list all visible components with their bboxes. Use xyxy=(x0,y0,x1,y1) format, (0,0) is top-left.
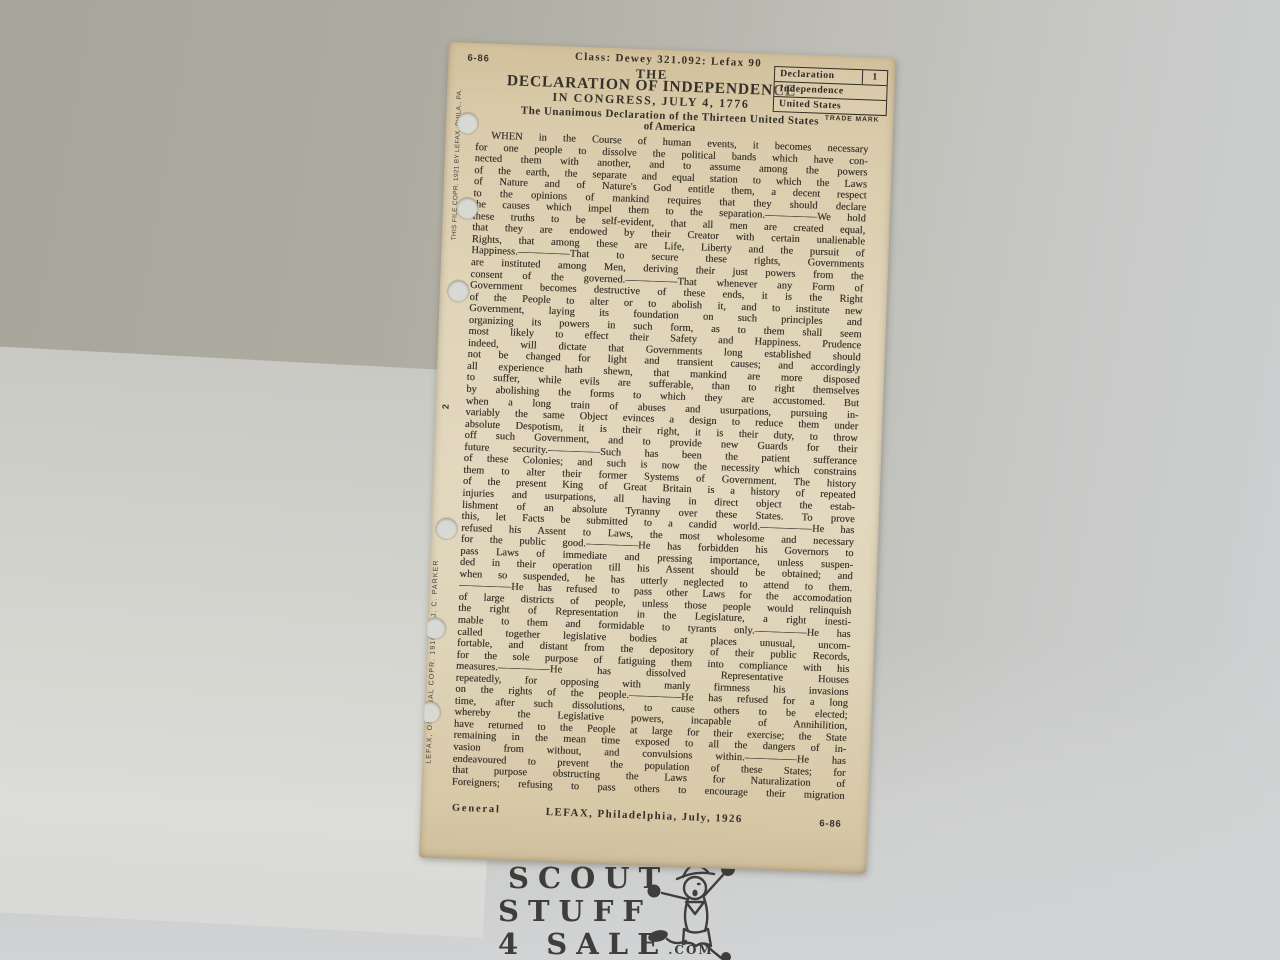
punch-hole xyxy=(436,518,458,540)
lefax-page: 6-86 Class: Dewey 321.092: Lefax 90 THE … xyxy=(419,42,896,874)
index-number: 1 xyxy=(863,70,887,85)
photo-background: SCOUT STUFF 4 SALE.COM 6-86 Cla xyxy=(0,0,1280,960)
margin-page-number: 2 xyxy=(441,404,451,409)
declaration-body-text: WHEN in the Course of human events, it b… xyxy=(452,130,869,802)
punch-hole xyxy=(424,618,446,640)
footer-form-number: 6-86 xyxy=(819,818,842,830)
footer-publisher: LEFAX, Philadelphia, July, 1926 xyxy=(421,801,868,829)
index-label-united-states: United States xyxy=(774,97,886,115)
index-row-united-states: United States xyxy=(774,97,886,115)
punch-hole xyxy=(448,280,470,302)
index-tab-box: Declaration 1 Independence United States xyxy=(773,66,889,116)
